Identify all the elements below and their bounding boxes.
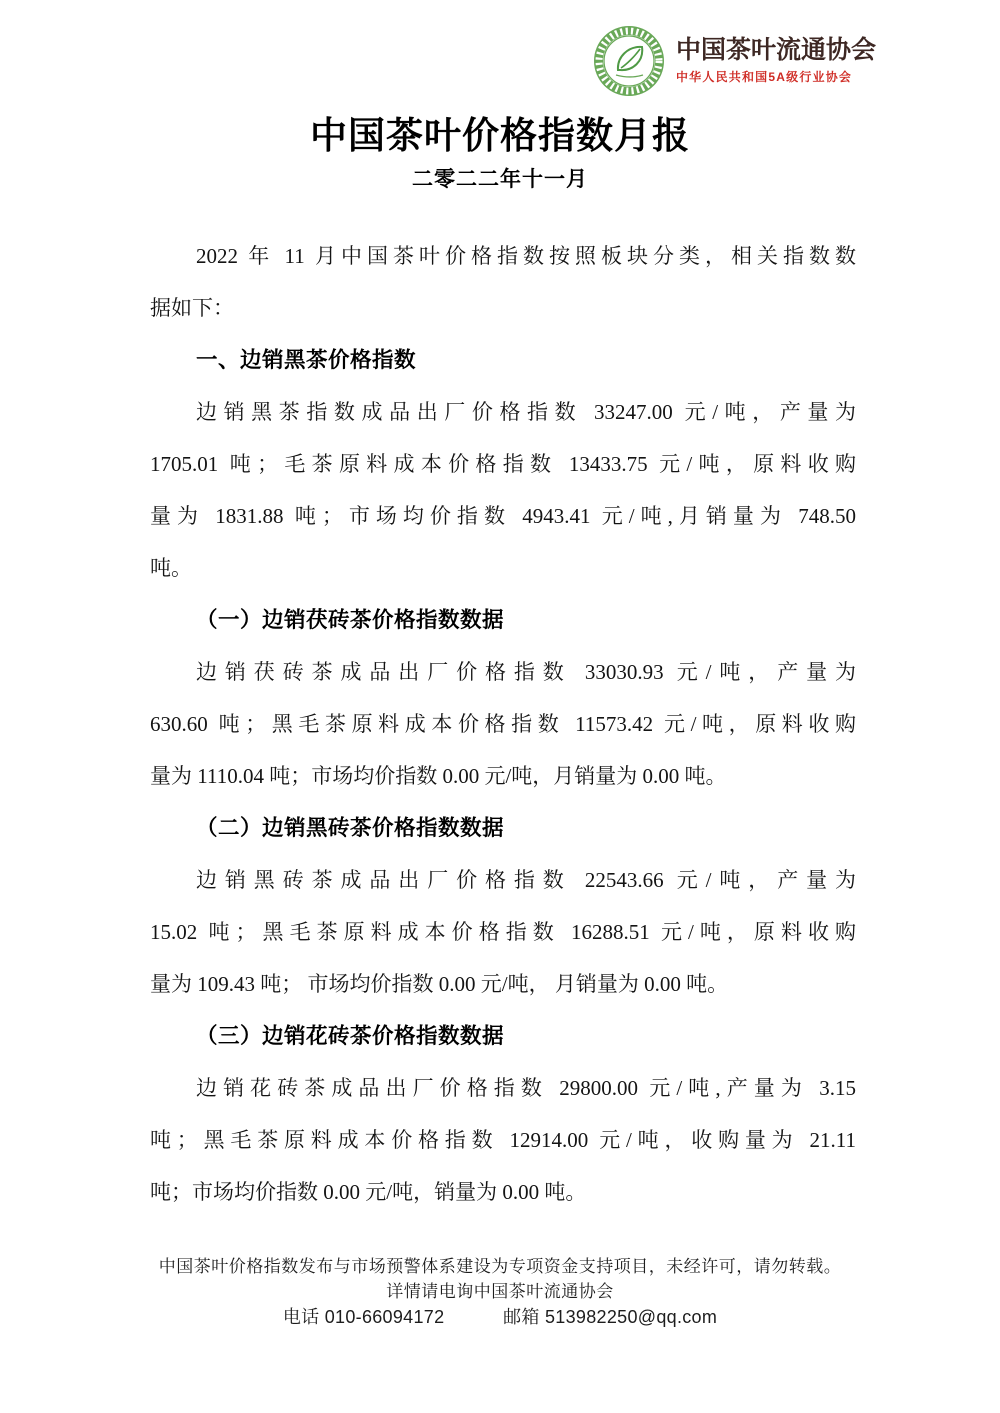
footer-phone: 电话 010-66094172 — [283, 1304, 445, 1331]
footer-inquiry: 详情请电询中国茶叶流通协会 — [0, 1279, 1000, 1304]
paragraph-line: 边销茯砖茶成品出厂价格指数 33030.93 元/吨，产量为 — [150, 646, 856, 698]
paragraph-line: 量为 1831.88 吨；市场均价指数 4943.41 元/吨,月销量为 748… — [150, 490, 856, 542]
organization-subtitle: 中华人民共和国5A级行业协会 — [676, 68, 852, 86]
footer-contacts: 电话 010-66094172 邮箱 513982250@qq.com — [0, 1304, 1000, 1331]
section-heading: （二）边销黑砖茶价格指数数据 — [150, 802, 856, 854]
organization-name: 中国茶叶流通协会 — [676, 36, 876, 66]
logo-text-block: 中国茶叶流通协会 中华人民共和国5A级行业协会 — [676, 36, 876, 86]
section-heading: （三）边销花砖茶价格指数数据 — [150, 1010, 856, 1062]
report-footer: 中国茶叶价格指数发布与市场预警体系建设为专项资金支持项目，未经许可，请勿转载。 … — [0, 1254, 1000, 1331]
footer-email: 邮箱 513982250@qq.com — [503, 1304, 717, 1331]
paragraph-line: 15.02 吨；黑毛茶原料成本价格指数 16288.51 元/吨，原料收购 — [150, 906, 856, 958]
paragraph-line: 吨；市场均价指数 0.00 元/吨，销量为 0.00 吨。 — [150, 1166, 856, 1218]
page-title: 中国茶叶价格指数月报 — [0, 112, 1000, 160]
footer-notice: 中国茶叶价格指数发布与市场预警体系建设为专项资金支持项目，未经许可，请勿转载。 — [0, 1254, 1000, 1279]
report-page: 中国茶叶流通协会 中华人民共和国5A级行业协会 中国茶叶价格指数月报 二零二二年… — [0, 0, 1000, 1413]
paragraph-line: 吨；黑毛茶原料成本价格指数 12914.00 元/吨，收购量为 21.11 — [150, 1114, 856, 1166]
paragraph-line: 630.60 吨；黑毛茶原料成本价格指数 11573.42 元/吨，原料收购 — [150, 698, 856, 750]
association-logo: 中国茶叶流通协会 中华人民共和国5A级行业协会 — [592, 24, 876, 98]
paragraph-line: 边销黑砖茶成品出厂价格指数 22543.66 元/吨，产量为 — [150, 854, 856, 906]
tea-leaf-seal-icon — [592, 24, 666, 98]
page-subtitle: 二零二二年十一月 — [0, 166, 1000, 194]
section-heading: 一、边销黑茶价格指数 — [150, 334, 856, 386]
section-heading: （一）边销茯砖茶价格指数数据 — [150, 594, 856, 646]
paragraph-line: 1705.01 吨；毛茶原料成本价格指数 13433.75 元/吨，原料收购 — [150, 438, 856, 490]
paragraph-line: 据如下： — [150, 282, 856, 334]
paragraph-line: 边销花砖茶成品出厂价格指数 29800.00 元/吨,产量为 3.15 — [150, 1062, 856, 1114]
paragraph-line: 量为 109.43 吨； 市场均价指数 0.00 元/吨， 月销量为 0.00 … — [150, 958, 856, 1010]
paragraph-line: 吨。 — [150, 542, 856, 594]
paragraph-line: 2022 年 11 月中国茶叶价格指数按照板块分类，相关指数数 — [150, 230, 856, 282]
paragraph-line: 边销黑茶指数成品出厂价格指数 33247.00 元/吨，产量为 — [150, 386, 856, 438]
report-body: 2022 年 11 月中国茶叶价格指数按照板块分类，相关指数数据如下：一、边销黑… — [150, 230, 856, 1218]
paragraph-line: 量为 1110.04 吨；市场均价指数 0.00 元/吨，月销量为 0.00 吨… — [150, 750, 856, 802]
